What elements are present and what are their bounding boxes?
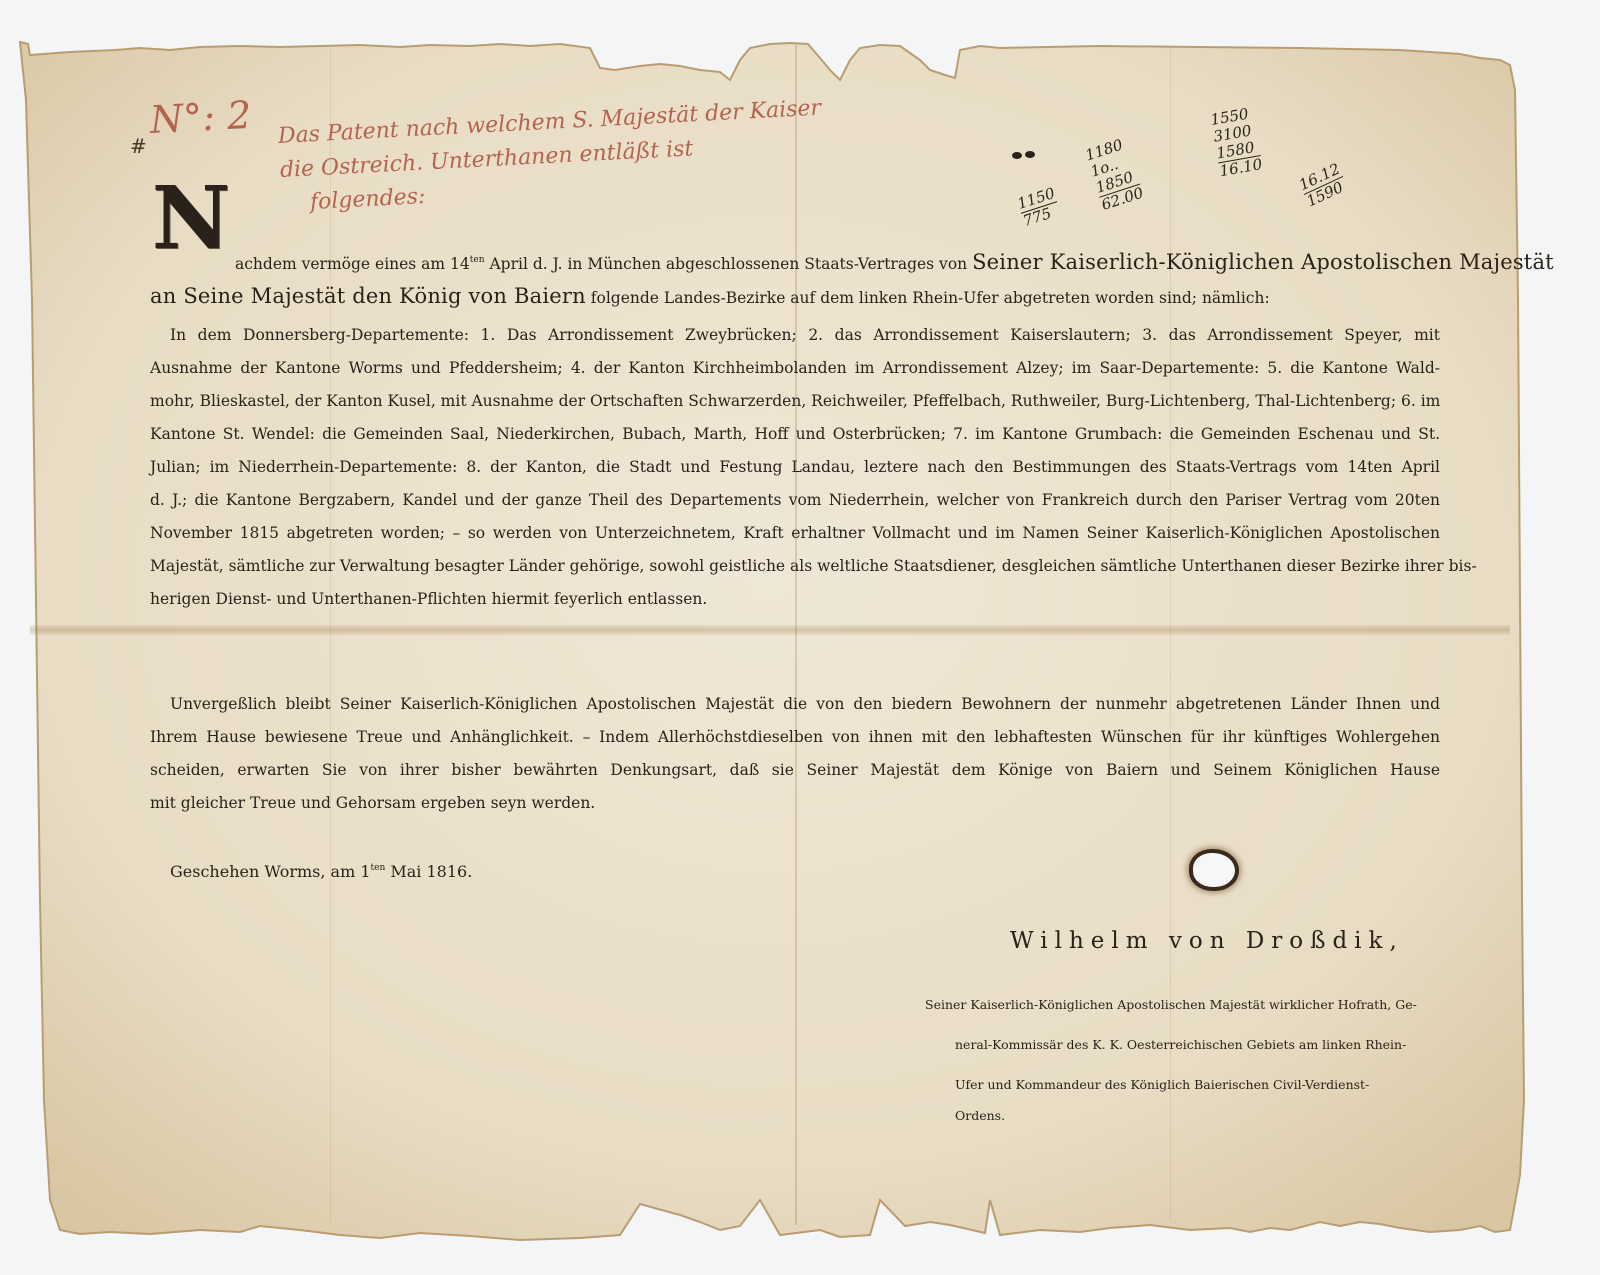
text-line: November 1815 abgetreten worden; – so we…: [150, 524, 1440, 542]
text-line: achdem vermöge eines am 14ten April d. J…: [235, 250, 1440, 274]
text-line: Kantone St. Wendel: die Gemeinden Saal, …: [150, 425, 1440, 443]
annotation-number: N°: 2: [149, 93, 252, 142]
text-line: an Seine Majestät den König von Baiern f…: [150, 284, 1230, 308]
signatory-title-line: Ufer und Kommandeur des Königlich Baieri…: [955, 1077, 1369, 1092]
text-line: Majestät, sämtliche zur Verwaltung besag…: [150, 557, 1440, 575]
text-line: Ausnahme der Kantone Worms und Pfeddersh…: [150, 359, 1440, 377]
signatory-name: Wilhelm von Droßdik,: [1010, 928, 1404, 954]
text-line: scheiden, erwarten Sie von ihrer bisher …: [150, 761, 1440, 779]
signatory-title-line: neral-Kommissär des K. K. Oesterreichisc…: [955, 1037, 1406, 1052]
paragraph-farewell: Unvergeßlich bleibt Seiner Kaiserlich-Kö…: [150, 695, 1440, 855]
text-line: Ihrem Hause bewiesene Treue und Anhängli…: [150, 728, 1440, 746]
text-line: herigen Dienst- und Unterthanen-Pflichte…: [150, 590, 1440, 608]
text-line: mohr, Blieskastel, der Kanton Kusel, mit…: [150, 392, 1440, 410]
annotation-hash: #: [130, 138, 147, 155]
text-line: Unvergeßlich bleibt Seiner Kaiserlich-Kö…: [170, 695, 1440, 713]
decorative-initial-letter: N: [150, 178, 232, 260]
ink-blot: [1012, 152, 1022, 159]
text-line: In dem Donnersberg-Departemente: 1. Das …: [170, 326, 1440, 344]
dateline: Geschehen Worms, am 1ten Mai 1816.: [170, 862, 472, 881]
text-line: mit gleicher Treue und Gehorsam ergeben …: [150, 794, 1440, 812]
text-line: d. J.; die Kantone Bergzabern, Kandel un…: [150, 491, 1440, 509]
paragraph-districts: In dem Donnersberg-Departemente: 1. Das …: [150, 326, 1440, 686]
signatory-title-line: Seiner Kaiserlich-Königlichen Apostolisc…: [925, 997, 1417, 1012]
ink-blot: [1025, 151, 1035, 158]
signatory-title-line: Ordens.: [955, 1108, 1005, 1123]
burn-hole: [1193, 853, 1235, 887]
text-line: Julian; im Niederrhein-Departemente: 8. …: [150, 458, 1440, 476]
